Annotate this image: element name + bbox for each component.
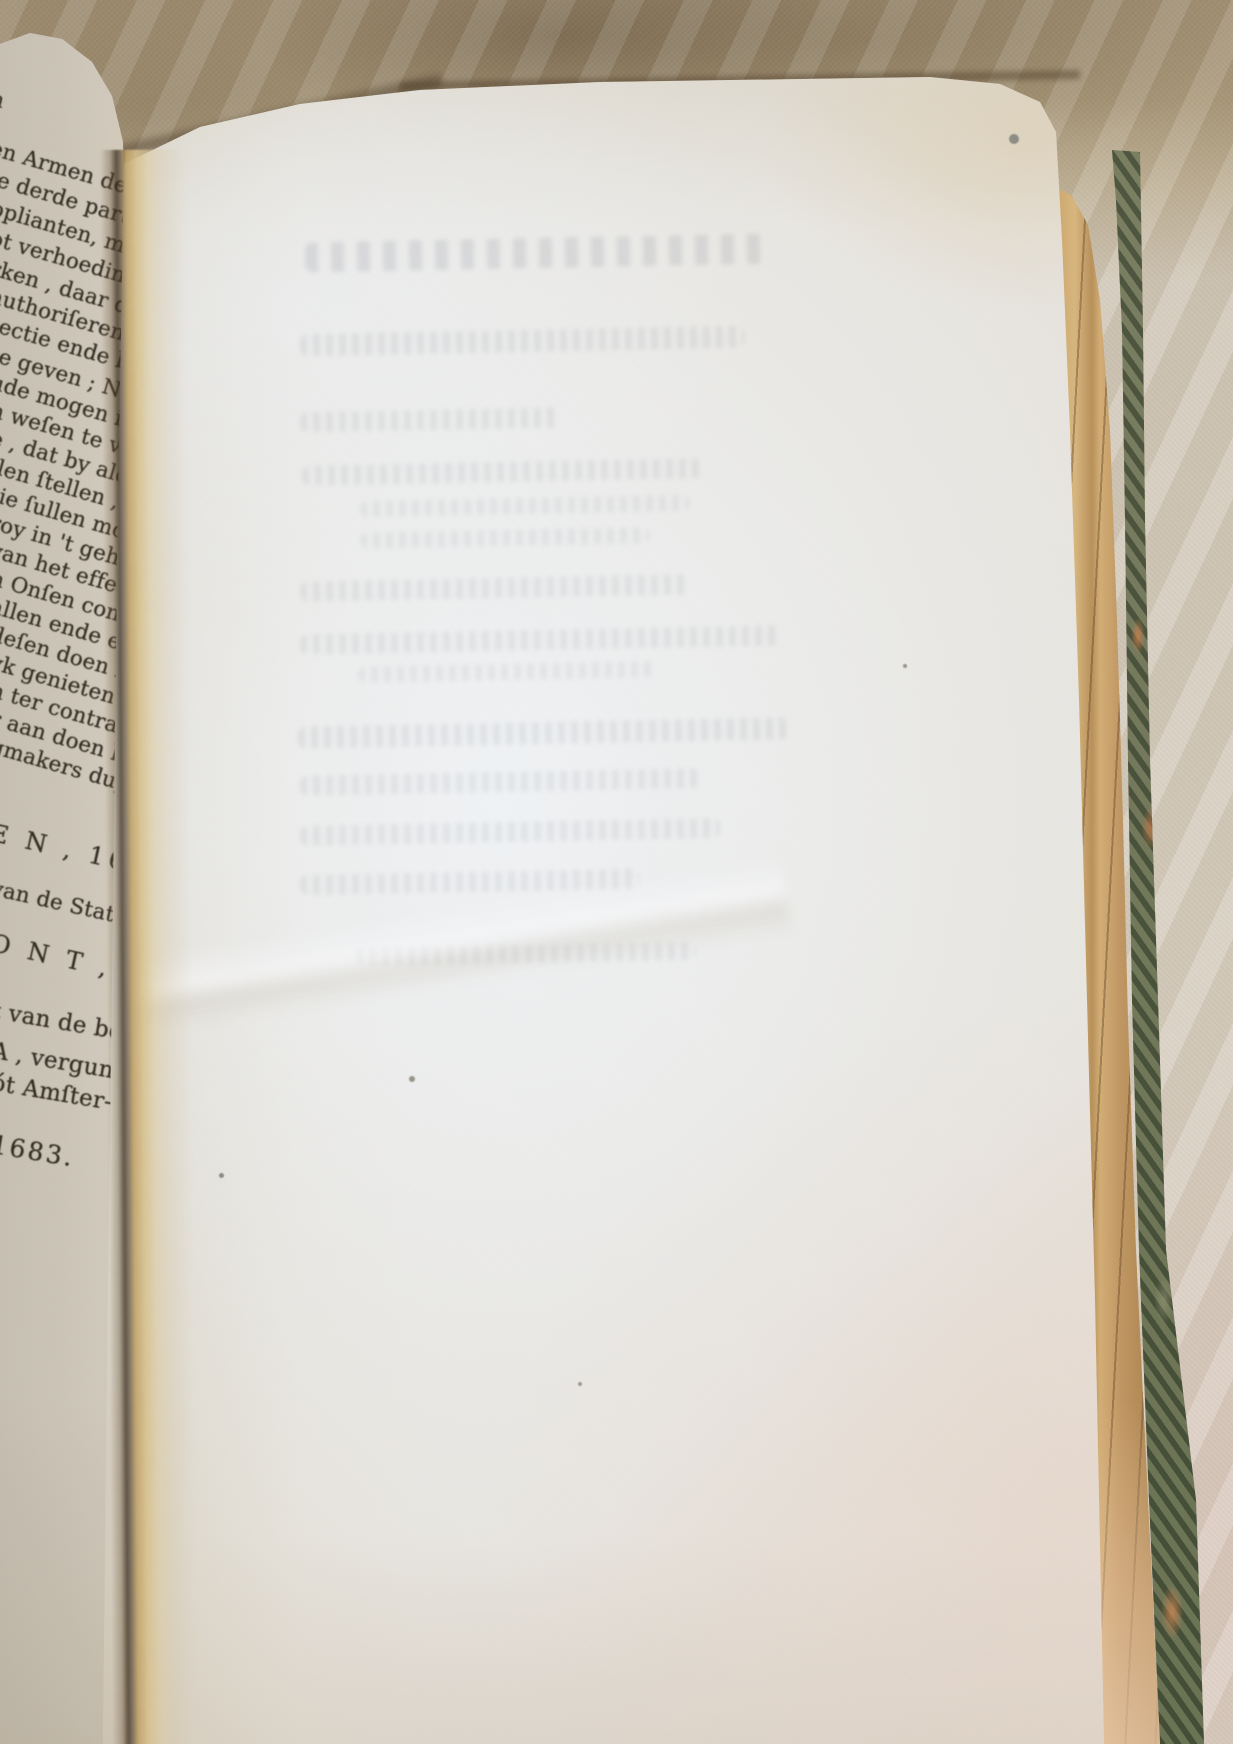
showthrough-line — [298, 717, 788, 748]
showthrough-line — [302, 458, 702, 486]
book-photo: nen Armen der ſtale derde part voopplian… — [0, 0, 1233, 1744]
showthrough-line — [358, 661, 658, 683]
showthrough-line — [360, 495, 690, 517]
page-crease — [119, 800, 801, 1091]
paper-speck — [903, 664, 907, 668]
blank-book-page — [0, 0, 1233, 1744]
showthrough-line — [300, 326, 745, 357]
facing-page-text-line: 1683. — [0, 1130, 77, 1172]
showthrough-line — [360, 527, 650, 549]
showthrough-line — [300, 408, 560, 433]
paper-speck — [578, 1382, 582, 1386]
showthrough-line — [300, 768, 700, 796]
facing-page-text-line: n — [0, 86, 8, 114]
paper-speck — [409, 1076, 415, 1082]
paper-speck — [1009, 134, 1019, 144]
showthrough-line — [305, 234, 770, 273]
paper-speck — [219, 1173, 224, 1178]
showthrough-line — [300, 625, 780, 654]
showthrough-line — [300, 574, 690, 601]
